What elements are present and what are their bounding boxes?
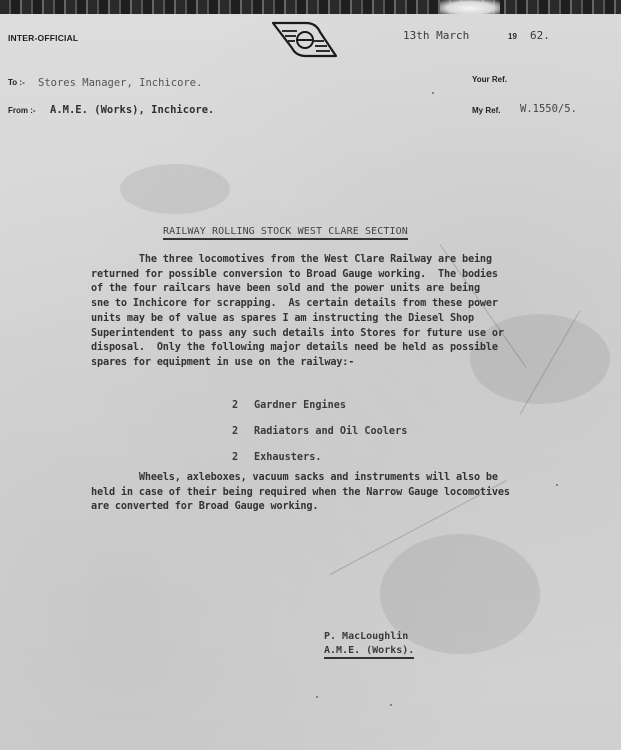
memo-year: 62. (530, 29, 550, 42)
your-ref-label: Your Ref. (472, 75, 507, 84)
my-ref-label: My Ref. (472, 106, 500, 115)
item-description: Gardner Engines (254, 400, 346, 411)
item-quantity: 2 (232, 400, 254, 411)
classification-label: INTER-OFFICIAL (8, 33, 78, 43)
list-item: 2Radiators and Oil Coolers (232, 426, 407, 437)
item-quantity: 2 (232, 426, 254, 437)
speck (432, 92, 434, 94)
memo-subject: RAILWAY ROLLING STOCK WEST CLARE SECTION (163, 226, 408, 240)
to-label: To :- (8, 78, 25, 87)
item-quantity: 2 (232, 452, 254, 463)
list-item: 2Exhausters. (232, 452, 321, 463)
signatory-title: A.M.E. (Works). (324, 645, 414, 659)
from-label: From :- (8, 106, 36, 115)
speck (316, 696, 318, 698)
memo-date: 13th March (403, 29, 469, 42)
my-ref-value: W.1550/5. (520, 103, 577, 115)
item-description: Radiators and Oil Coolers (254, 426, 407, 437)
body-paragraph-2: Wheels, axleboxes, vacuum sacks and inst… (91, 471, 571, 515)
item-description: Exhausters. (254, 452, 321, 463)
from-sender: A.M.E. (Works), Inchicore. (50, 104, 214, 116)
stain (120, 164, 230, 214)
winged-wheel-logo-icon (270, 20, 338, 60)
memo-paper: INTER-OFFICIAL 13th March 19 62. To :- S… (0, 14, 621, 750)
speck (390, 704, 392, 706)
body-paragraph-1: The three locomotives from the West Clar… (91, 253, 571, 371)
to-recipient: Stores Manager, Inchicore. (38, 77, 202, 89)
signatory-name: P. MacLoughlin (324, 631, 408, 642)
year-prefix: 19 (508, 32, 517, 41)
list-item: 2Gardner Engines (232, 400, 346, 411)
